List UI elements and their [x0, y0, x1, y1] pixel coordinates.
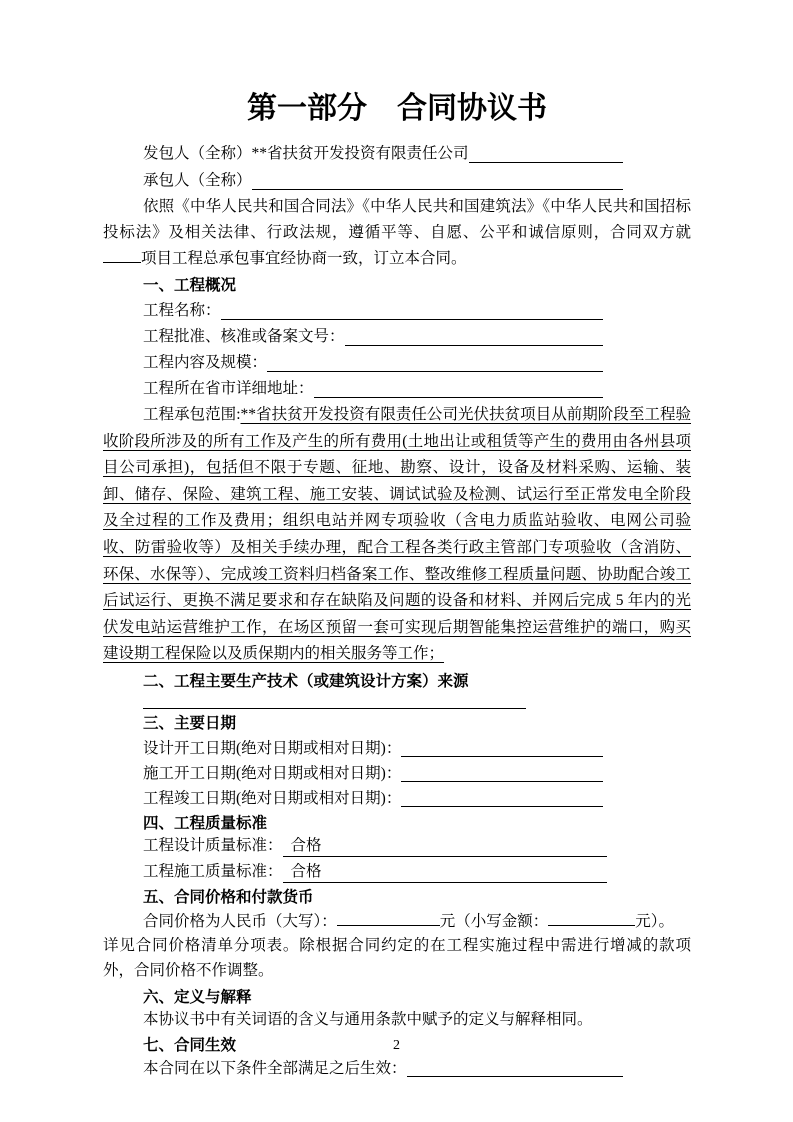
section1-heading: 一、工程概况 [143, 274, 691, 298]
price-mid-label: 元（小写金额： [440, 913, 549, 930]
section6-heading: 六、定义与解释 [143, 987, 691, 1009]
scope-text: **省扶贫开发投资有限责任公司光伏扶贫项目从前期阶段至工程验收阶段所涉及的所有工… [103, 406, 691, 662]
contractor-name-blank[interactable] [252, 167, 623, 190]
design-quality-blank[interactable]: 合格 [283, 835, 607, 857]
preamble-text-before: 依照《中华人民共和国合同法》《中华人民共和国建筑法》《中华人民共和国招标投标法》… [103, 198, 691, 241]
effectiveness-row: 本合同在以下条件全部满足之后生效： [143, 1057, 623, 1081]
project-name-blank[interactable] [221, 298, 603, 320]
contractor-label: 承包人（全称） [143, 167, 252, 194]
price-words-blank[interactable] [337, 909, 440, 926]
completion-date-blank[interactable] [401, 786, 603, 807]
effectiveness-conditions-blank[interactable] [407, 1057, 623, 1077]
project-address-blank[interactable] [314, 376, 603, 398]
field-project-name: 工程名称： [143, 298, 603, 324]
design-quality-value: 合格 [283, 837, 322, 854]
contract-price-line: 合同价格为人民币（大写）：元（小写金额：元）。 [143, 909, 691, 933]
definitions-body: 本协议书中有关词语的含义与通用条款中赋予的定义与解释相同。 [143, 1009, 691, 1031]
employer-label: 发包人（全称） [143, 140, 252, 167]
section3-heading: 三、主要日期 [143, 712, 691, 736]
field-construction-start-date: 施工开工日期(绝对日期或相对日期)： [143, 761, 603, 786]
field-completion-date: 工程竣工日期(绝对日期或相对日期)： [143, 786, 603, 811]
field-design-quality: 工程设计质量标准： 合格 [143, 835, 607, 861]
employer-name-blank[interactable] [469, 140, 623, 163]
contractor-row: 承包人（全称） [143, 167, 623, 194]
employer-row: 发包人（全称）**省扶贫开发投资有限责任公司 [143, 140, 623, 167]
preamble-text-after: 项目工程总承包事宜经协商一致，订立本合同。 [141, 250, 467, 267]
approval-number-blank[interactable] [345, 324, 603, 346]
construction-quality-blank[interactable]: 合格 [283, 861, 607, 883]
content-scale-blank[interactable] [267, 350, 603, 372]
section4-heading: 四、工程质量标准 [143, 813, 691, 835]
effectiveness-label: 本合同在以下条件全部满足之后生效： [143, 1057, 407, 1081]
preamble-paragraph: 依照《中华人民共和国合同法》《中华人民共和国建筑法》《中华人民共和国招标投标法》… [103, 194, 691, 272]
price-note-paragraph: 详见合同价格清单分项表。除根据合同约定的在工程实施过程中需进行增减的款项外，合同… [103, 933, 691, 983]
project-blank[interactable] [103, 246, 141, 263]
field-approval-number: 工程批准、核准或备案文号： [143, 324, 603, 350]
section5-heading: 五、合同价格和付款货币 [143, 887, 691, 909]
field-design-start-date: 设计开工日期(绝对日期或相对日期)： [143, 736, 603, 761]
document-title: 第一部分 合同协议书 [103, 88, 691, 130]
price-label: 合同价格为人民币（大写）： [143, 913, 337, 930]
contract-document-page: 第一部分 合同协议书 发包人（全称）**省扶贫开发投资有限责任公司 承包人（全称… [0, 0, 793, 1122]
construction-start-date-blank[interactable] [401, 761, 603, 782]
field-content-scale: 工程内容及规模： [143, 350, 603, 376]
price-end-label: 元）。 [635, 913, 674, 930]
scope-label: 工程承包范围: [143, 406, 241, 423]
quality-group: 工程设计质量标准： 合格 工程施工质量标准： 合格 [103, 835, 691, 887]
field-construction-quality: 工程施工质量标准： 合格 [143, 861, 607, 887]
section2-heading: 二、工程主要生产技术（或建筑设计方案）来源 [143, 670, 691, 694]
construction-quality-value: 合格 [283, 863, 322, 880]
scope-paragraph: 工程承包范围:**省扶贫开发投资有限责任公司光伏扶贫项目从前期阶段至工程验收阶段… [103, 402, 691, 668]
employer-name: **省扶贫开发投资有限责任公司 [252, 140, 469, 167]
price-figures-blank[interactable] [548, 909, 635, 926]
dates-group: 设计开工日期(绝对日期或相对日期)： 施工开工日期(绝对日期或相对日期)： 工程… [103, 736, 691, 811]
document-content: 第一部分 合同协议书 发包人（全称）**省扶贫开发投资有限责任公司 承包人（全称… [103, 88, 691, 1081]
page-number: 2 [0, 1036, 793, 1056]
design-start-date-blank[interactable] [401, 736, 603, 757]
field-project-address: 工程所在省市详细地址： [143, 376, 603, 402]
technology-source-blank[interactable] [143, 694, 526, 709]
